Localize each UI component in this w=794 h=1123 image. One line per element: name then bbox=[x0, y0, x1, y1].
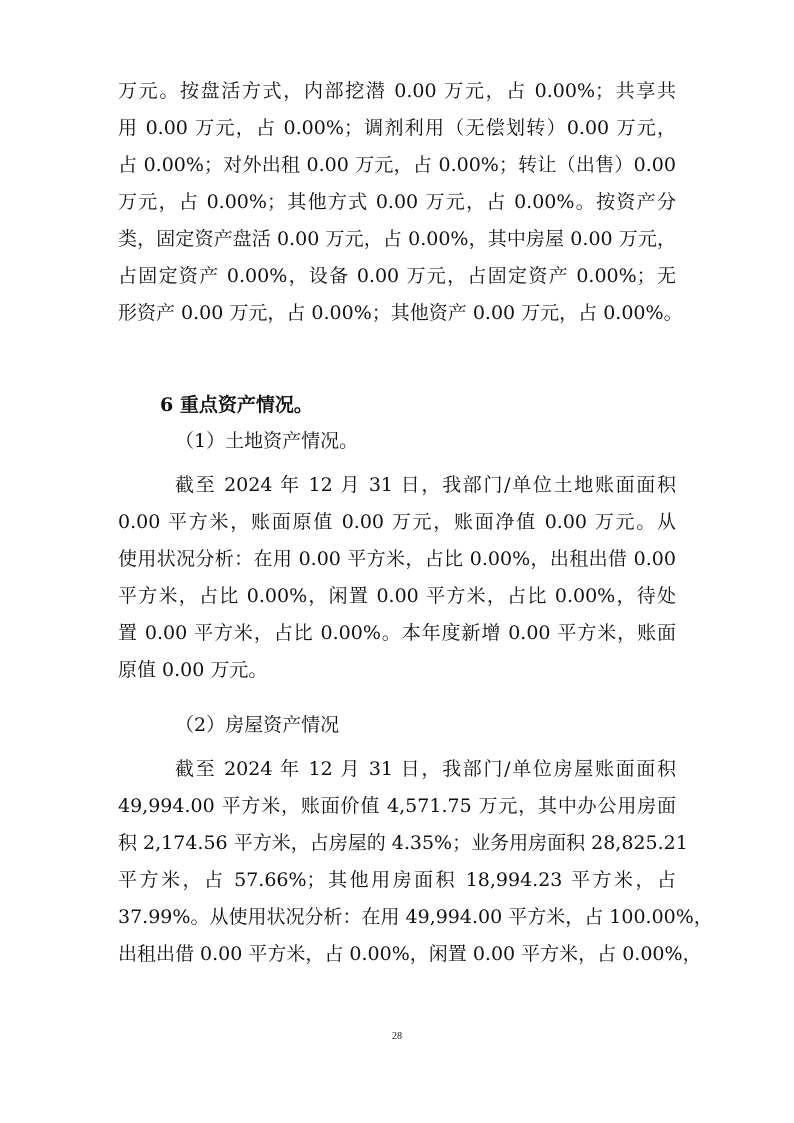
paragraph-line: 占 0.00%；对外出租 0.00 万元，占 0.00%；转让（出售）0.00 bbox=[118, 153, 676, 177]
paragraph-line: 49,994.00 平方米，账面价值 4,571.75 万元，其中办公用房面 bbox=[118, 794, 676, 818]
section-heading: 6 重点资产情况。 bbox=[160, 393, 718, 417]
paragraph-line: 类，固定资产盘活 0.00 万元，占 0.00%，其中房屋 0.00 万元， bbox=[118, 227, 676, 251]
paragraph-line: 万元，占 0.00%；其他方式 0.00 万元，占 0.00%。按资产分 bbox=[118, 190, 676, 214]
paragraph-line: 使用状况分析：在用 0.00 平方米，占比 0.00%，出租出借 0.00 bbox=[118, 547, 676, 571]
paragraph-line: 出租出借 0.00 平方米，占 0.00%，闲置 0.00 平方米，占 0.00… bbox=[118, 942, 676, 966]
paragraph-line: 万元。按盘活方式，内部挖潜 0.00 万元，占 0.00%；共享共 bbox=[118, 79, 676, 103]
paragraph-line: 截至 2024 年 12 月 31 日，我部门/单位土地账面面积 bbox=[175, 473, 676, 497]
paragraph-line: 占固定资产 0.00%，设备 0.00 万元，占固定资产 0.00%；无 bbox=[118, 264, 676, 288]
paragraph-line: 0.00 平方米，账面原值 0.00 万元，账面净值 0.00 万元。从 bbox=[118, 510, 676, 534]
document-page: 万元。按盘活方式，内部挖潜 0.00 万元，占 0.00%；共享共 用 0.00… bbox=[0, 0, 794, 1123]
paragraph-line: 用 0.00 万元，占 0.00%；调剂利用（无偿划转）0.00 万元， bbox=[118, 116, 676, 140]
paragraph-line: 原值 0.00 万元。 bbox=[118, 658, 676, 682]
paragraph-line: 截至 2024 年 12 月 31 日，我部门/单位房屋账面面积 bbox=[175, 757, 676, 781]
subsection-title-housing: （2）房屋资产情况 bbox=[175, 713, 733, 737]
page-number: 28 bbox=[0, 1031, 794, 1042]
paragraph-line: 平方米，占 57.66%；其他用房面积 18,994.23 平方米，占 bbox=[118, 868, 676, 892]
subsection-title-land: （1）土地资产情况。 bbox=[175, 429, 733, 453]
paragraph-line: 37.99%。从使用状况分析：在用 49,994.00 平方米，占 100.00… bbox=[118, 905, 676, 929]
paragraph-line: 平方米，占比 0.00%，闲置 0.00 平方米，占比 0.00%，待处 bbox=[118, 584, 676, 608]
paragraph-line: 置 0.00 平方米，占比 0.00%。本年度新增 0.00 平方米，账面 bbox=[118, 621, 676, 645]
paragraph-line: 积 2,174.56 平方米，占房屋的 4.35%；业务用房面积 28,825.… bbox=[118, 831, 676, 855]
paragraph-line: 形资产 0.00 万元，占 0.00%；其他资产 0.00 万元，占 0.00%… bbox=[118, 301, 676, 325]
